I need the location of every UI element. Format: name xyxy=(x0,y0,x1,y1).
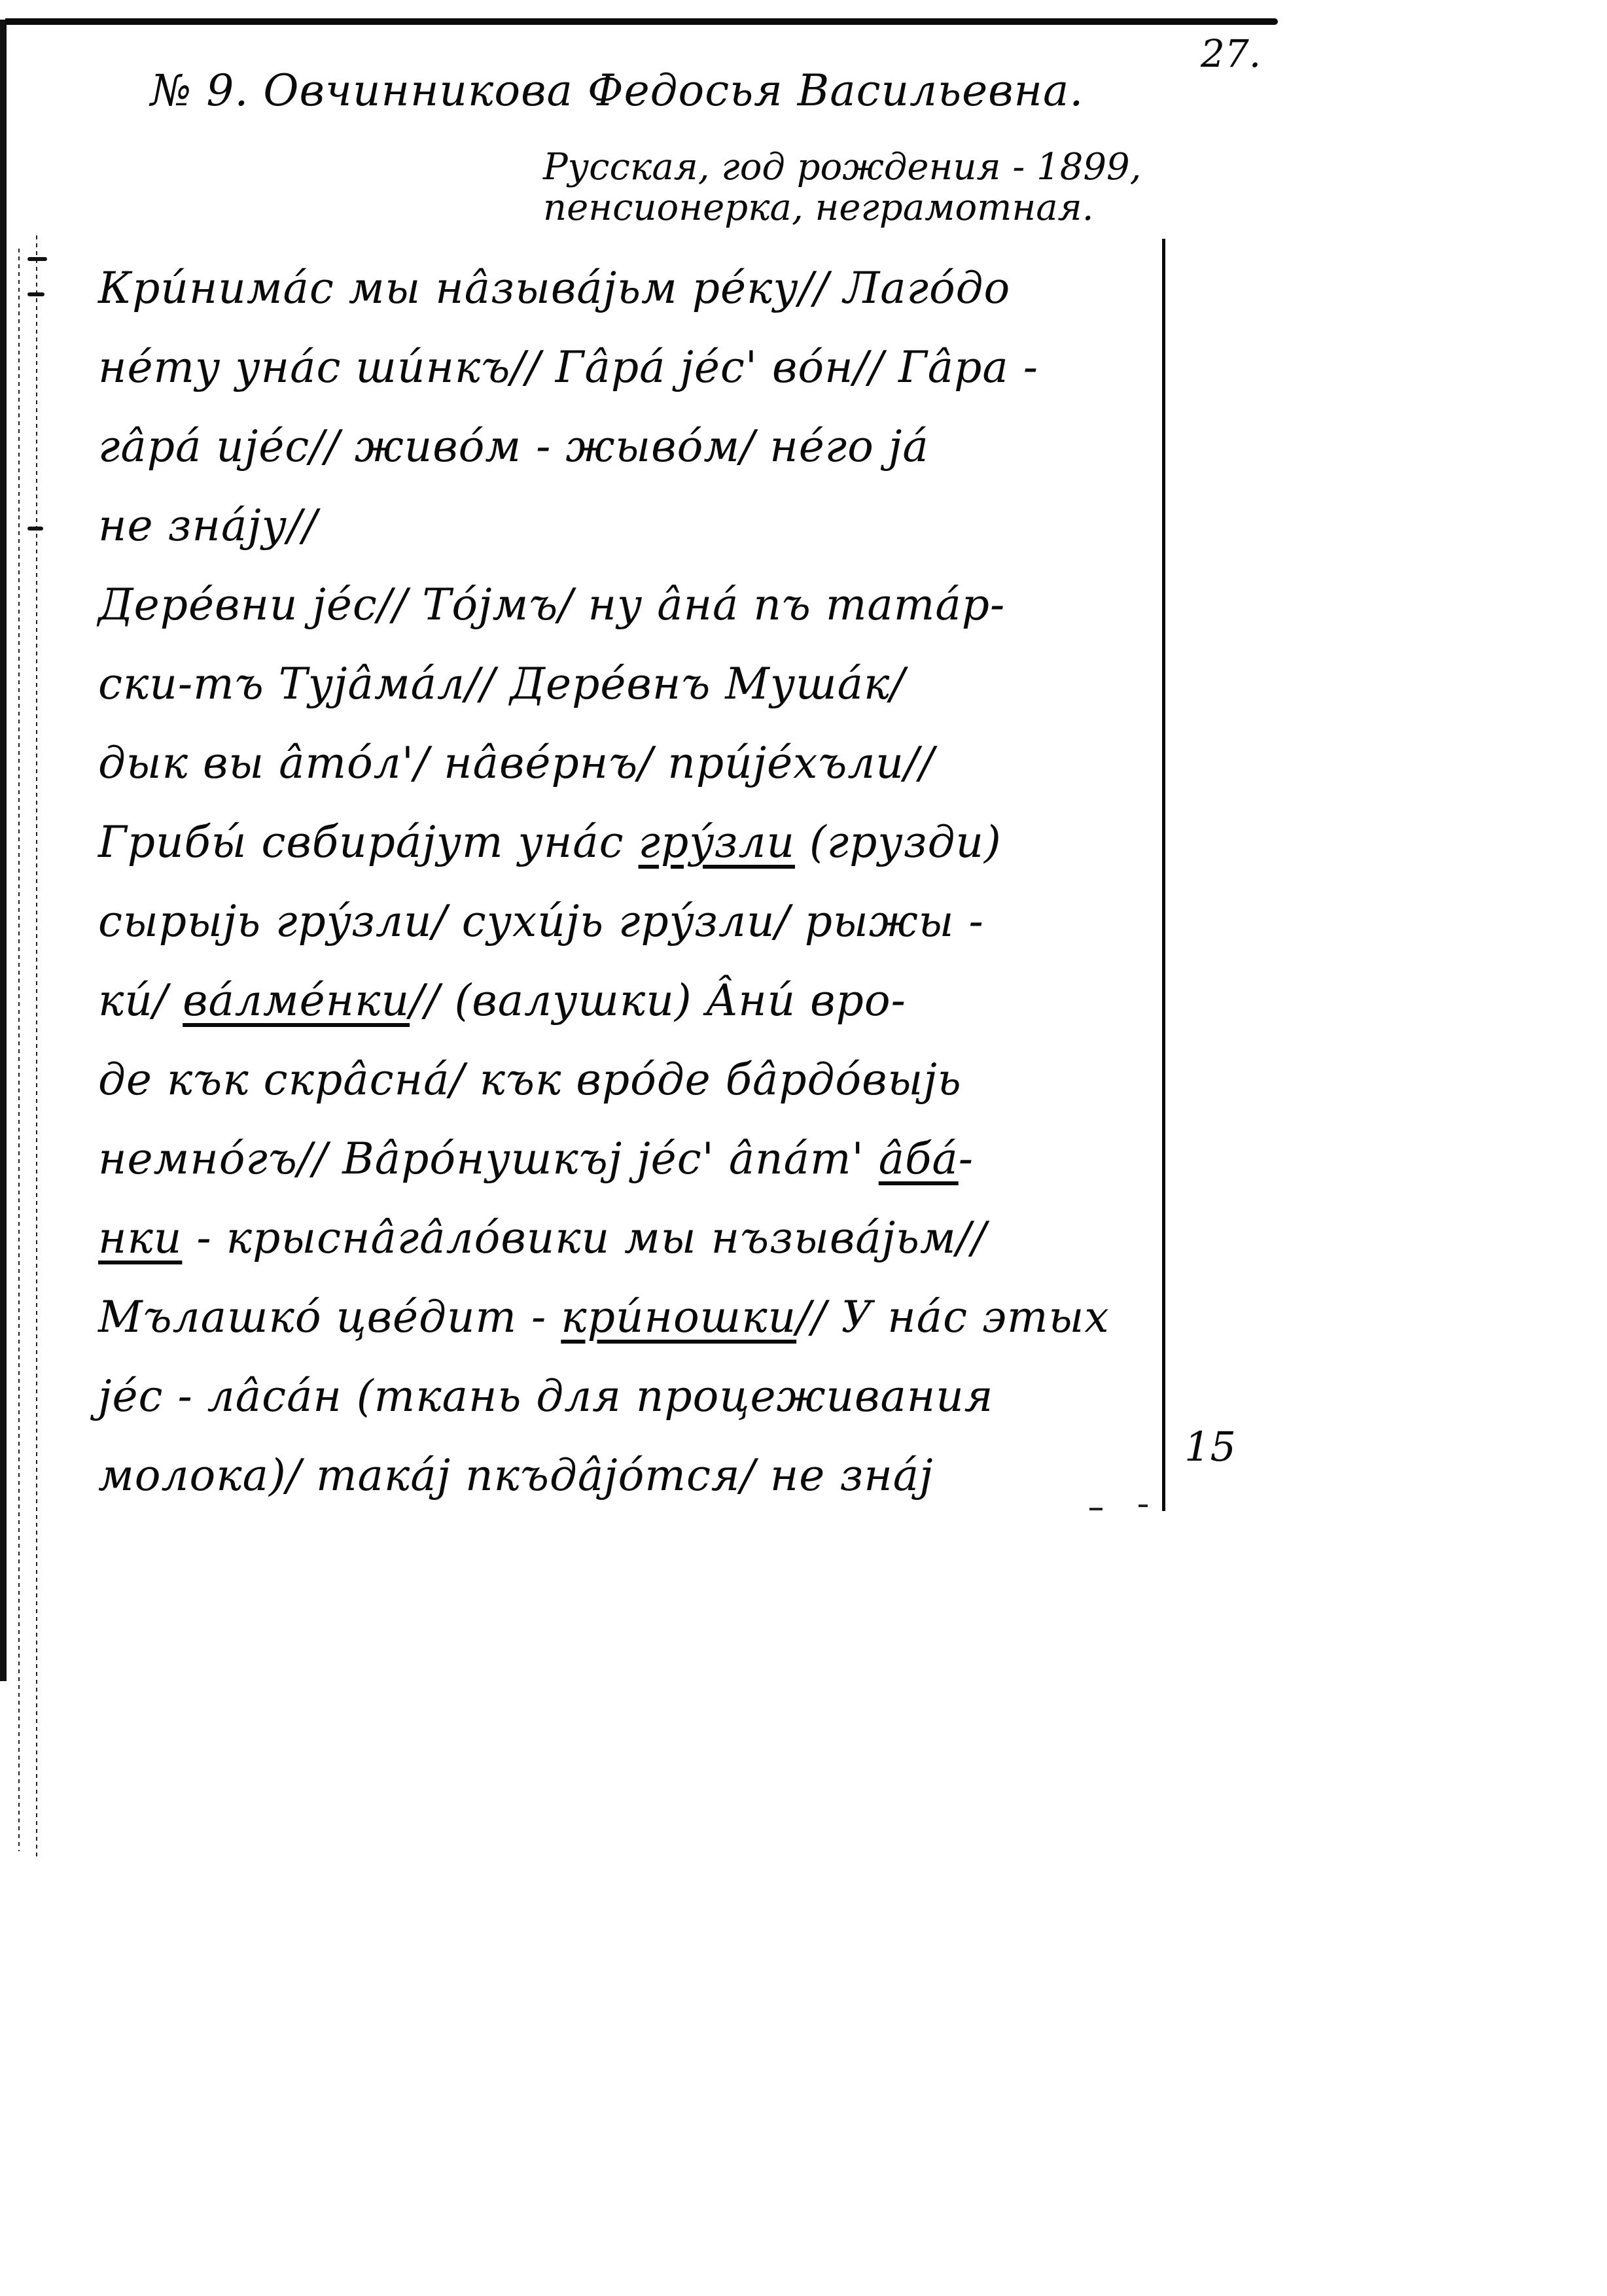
transcript-line: гâрá ијéс// живóм - жывóм/ нéго јá xyxy=(98,407,1152,486)
transcript-line: нéту унáс шúнкъ// Гâрá јéс' вóн// Гâра - xyxy=(98,328,1152,407)
transcript-text: де кък скрâснá/ кък врóде бâрдóвыјь xyxy=(98,1054,962,1105)
transcript-line: Мълашкó цвéдит - крúношки// У нáс этых xyxy=(98,1278,1152,1357)
transcript-text: // (валушки) Âнú вро- xyxy=(410,975,906,1026)
transcript-text: гâрá ијéс// живóм - жывóм/ нéго јá xyxy=(98,421,929,472)
document-page: 27. № 9. Овчинникова Федосья Васильевна.… xyxy=(0,0,1607,2296)
binding-mark-outer xyxy=(18,249,20,1851)
underlined-term: âбá xyxy=(879,1134,959,1184)
transcript-text: молока)/ такáј пкъдâјóтся/ не знáј xyxy=(98,1450,934,1501)
underlined-term: крúношки xyxy=(561,1292,796,1342)
informant-info: Русская, год рождения - 1899, пенсионерк… xyxy=(543,147,1141,228)
transcript-line: Крúнимáс мы нâзывáјьм рéку// Лагóдо xyxy=(98,249,1152,328)
transcript-text: ски-тъ Тујâмáл// Дерéвнъ Мушáк/ xyxy=(98,659,906,709)
transcript-text: немнóгъ// Вâрóнушкъј јéс' âпáт' xyxy=(98,1134,879,1184)
transcript-text: (грузди) xyxy=(795,817,1002,867)
transcript-body: Крúнимáс мы нâзывáјьм рéку// Лагóдонéту … xyxy=(98,249,1152,1515)
transcript-text: јéс - лâсáн (ткань для процеживания xyxy=(98,1371,993,1421)
transcript-line: дык вы âтóл'/ нâвéрнъ/ прúјéхъли// xyxy=(98,723,1152,803)
page-number: 27. xyxy=(1201,31,1261,76)
binding-tick xyxy=(27,527,43,531)
underlined-term: вáлмéнки xyxy=(183,975,410,1026)
binding-tick xyxy=(27,292,44,296)
transcript-line: молока)/ такáј пкъдâјóтся/ не знáј xyxy=(98,1436,1152,1515)
informant-info-line-1: Русская, год рождения - 1899, xyxy=(543,147,1141,188)
underlined-term: нки xyxy=(98,1213,182,1263)
transcript-text: Крúнимáс мы нâзывáјьм рéку// Лагóдо xyxy=(98,263,1010,313)
informant-info-line-2: пенсионерка, неграмотная. xyxy=(543,188,1141,228)
transcript-line: Дерéвни јéс// Тóјмъ/ ну âнá пъ татáр- xyxy=(98,565,1152,644)
stray-mark xyxy=(1139,1505,1148,1507)
transcript-text: - крыснâгâлóвики мы нъзывáјьм// xyxy=(182,1213,987,1263)
scan-left-edge xyxy=(0,20,7,1681)
transcript-text: нéту унáс шúнкъ// Гâрá јéс' вóн// Гâра - xyxy=(98,342,1038,392)
underlined-term: грýзли xyxy=(639,817,795,867)
transcript-line: де кък скрâснá/ кък врóде бâрдóвыјь xyxy=(98,1040,1152,1119)
transcript-text: дык вы âтóл'/ нâвéрнъ/ прúјéхъли// xyxy=(98,738,934,788)
transcript-line: немнóгъ// Вâрóнушкъј јéс' âпáт' âбá- xyxy=(98,1119,1152,1198)
transcript-line: не знáју// xyxy=(98,486,1152,565)
transcript-text: не знáју// xyxy=(98,500,318,551)
transcript-text: кú/ xyxy=(98,975,183,1026)
transcript-line: кú/ вáлмéнки// (валушки) Âнú вро- xyxy=(98,961,1152,1040)
transcript-line: ски-тъ Тујâмáл// Дерéвнъ Мушáк/ xyxy=(98,644,1152,723)
page-title: № 9. Овчинникова Федосья Васильевна. xyxy=(150,65,1084,116)
top-rule xyxy=(5,18,1278,25)
transcript-line: сырыјь грýзли/ сухúјь грýзли/ рыжы - xyxy=(98,882,1152,961)
stray-mark xyxy=(1089,1508,1103,1510)
binding-mark-inner xyxy=(36,235,37,1858)
transcript-text: сырыјь грýзли/ сухúјь грýзли/ рыжы - xyxy=(98,896,984,947)
right-margin-rule xyxy=(1162,239,1165,1511)
transcript-text: Мълашкó цвéдит - xyxy=(98,1292,561,1342)
transcript-text: Грибы́ свбирáјут унáс xyxy=(98,817,639,867)
transcript-text: Дерéвни јéс// Тóјмъ/ ну âнá пъ татáр- xyxy=(98,580,1005,630)
transcript-line: Грибы́ свбирáјут унáс грýзли (грузди) xyxy=(98,803,1152,882)
transcript-text: - xyxy=(959,1134,974,1184)
transcript-text: // У нáс этых xyxy=(796,1292,1109,1342)
binding-tick xyxy=(27,257,47,261)
sheet-number: 15 xyxy=(1184,1423,1236,1470)
transcript-line: нки - крыснâгâлóвики мы нъзывáјьм// xyxy=(98,1198,1152,1278)
transcript-line: јéс - лâсáн (ткань для процеживания xyxy=(98,1357,1152,1436)
